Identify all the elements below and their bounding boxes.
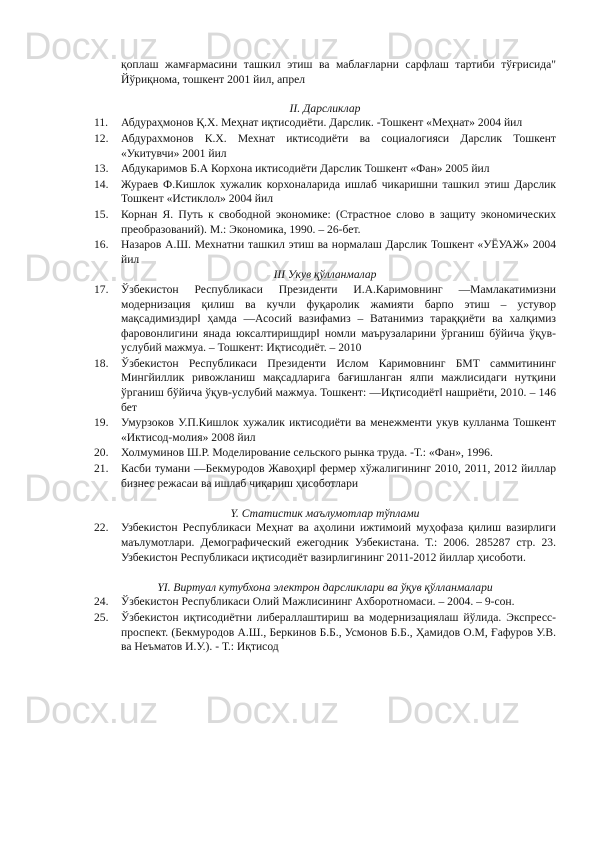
item-text: Корнан Я. Путь к свободной экономике: (С… xyxy=(121,208,556,237)
list-item: 17.Ўзбекистон Республикаси Президенти И.… xyxy=(94,283,556,356)
item-text: Ўзбекистон Республикаси Олий Мажлисининг… xyxy=(121,595,556,610)
item-number: 18. xyxy=(94,357,109,372)
item-text: Ўзбекистон иқтисодиётни либераллаштириш … xyxy=(121,611,556,655)
item-text: Абдураҳмонов Қ.Х. Меҳнат иқтисодиёти. Да… xyxy=(121,116,556,131)
section-list: 22.Узбекистон Республикаси Меҳнат ва аҳо… xyxy=(94,521,556,565)
item-number: 16. xyxy=(94,238,109,253)
list-item: 16.Назаров А.Ш. Мехнатни ташкил этиш ва … xyxy=(94,238,556,267)
list-item: 25.Ўзбекистон иқтисодиётни либераллаштир… xyxy=(94,611,556,655)
item-number: 20. xyxy=(94,446,109,461)
list-item: 19.Умурзоков У.П.Кишлок хужалик иктисоди… xyxy=(94,416,556,445)
list-item: 14.Жураев Ф.Кишлок хужалик корхоналарида… xyxy=(94,178,556,207)
list-item: 21.Касби тумани ―Бекмуродов Жавоҳир‖ фер… xyxy=(94,462,556,491)
list-item: 15.Корнан Я. Путь к свободной экономике:… xyxy=(94,208,556,237)
item-number: 14. xyxy=(94,178,109,193)
item-number: 12. xyxy=(94,132,109,147)
item-text: Жураев Ф.Кишлок хужалик корхоналарида иш… xyxy=(121,178,556,207)
list-item: 24.Ўзбекистон Республикаси Олий Мажлисин… xyxy=(94,595,556,610)
item-text: Абдурахмонов К.Х. Мехнат иктисодиёти ва … xyxy=(121,132,556,161)
section-heading: II. Дарсликлар xyxy=(94,102,556,117)
list-item: 11.Абдураҳмонов Қ.Х. Меҳнат иқтисодиёти.… xyxy=(94,116,556,131)
item-text: Холмуминов Ш.Р. Моделирование сельского … xyxy=(121,446,556,461)
item-number: 24. xyxy=(94,595,109,610)
watermark: Docx.uz xyxy=(24,692,158,730)
section-heading: YI. Виртуал кутубхона электрон дарсликла… xyxy=(94,581,556,596)
item-number: 11. xyxy=(94,116,108,131)
section-list: 11.Абдураҳмонов Қ.Х. Меҳнат иқтисодиёти.… xyxy=(94,116,556,267)
list-item: 12.Абдурахмонов К.Х. Мехнат иктисодиёти … xyxy=(94,132,556,161)
list-item: 22.Узбекистон Республикаси Меҳнат ва аҳо… xyxy=(94,521,556,565)
item-number: 22. xyxy=(94,521,109,536)
list-item: 13.Абдукаримов Б.А Корхона иктисодиёти Д… xyxy=(94,162,556,177)
item-text: Умурзоков У.П.Кишлок хужалик иктисодиёти… xyxy=(121,416,556,445)
item-text: Касби тумани ―Бекмуродов Жавоҳир‖ фермер… xyxy=(121,462,556,491)
item-number: 19. xyxy=(94,416,109,431)
list-item: 20.Холмуминов Ш.Р. Моделирование сельско… xyxy=(94,446,556,461)
item-text: Ўзбекистон Республикаси Президенти И.А.К… xyxy=(121,283,556,356)
item-number: 17. xyxy=(94,283,109,298)
item-text: Ўзбекистон Республикаси Президенти Ислом… xyxy=(121,357,556,415)
item-number: 25. xyxy=(94,611,109,626)
item-text: Узбекистон Республикаси Меҳнат ва аҳолин… xyxy=(121,521,556,565)
item-number: 21. xyxy=(94,462,109,477)
watermark: Docx.uz xyxy=(386,692,520,730)
item-text: Назаров А.Ш. Мехнатни ташкил этиш ва нор… xyxy=(121,238,556,267)
section-list: 24.Ўзбекистон Республикаси Олий Мажлисин… xyxy=(94,595,556,654)
document-page: Docx.uz Docx.uz Docx.uz Docx.uz Docx.uz … xyxy=(0,0,595,842)
section-heading: Y. Статистик маълумотлар тўплами xyxy=(94,507,556,522)
bibliography: қоплаш жамғармасини ташкил этиш ва мабла… xyxy=(94,58,556,656)
item-text: Абдукаримов Б.А Корхона иктисодиёти Дарс… xyxy=(121,162,556,177)
list-item: 18.Ўзбекистон Республикаси Президенти Ис… xyxy=(94,357,556,415)
item-number: 15. xyxy=(94,208,109,223)
intro-paragraph: қоплаш жамғармасини ташкил этиш ва мабла… xyxy=(94,58,556,87)
section-heading: III Укув қўлланмалар xyxy=(94,268,556,283)
watermark: Docx.uz xyxy=(205,692,339,730)
section-list: 17.Ўзбекистон Республикаси Президенти И.… xyxy=(94,283,556,491)
item-number: 13. xyxy=(94,162,109,177)
